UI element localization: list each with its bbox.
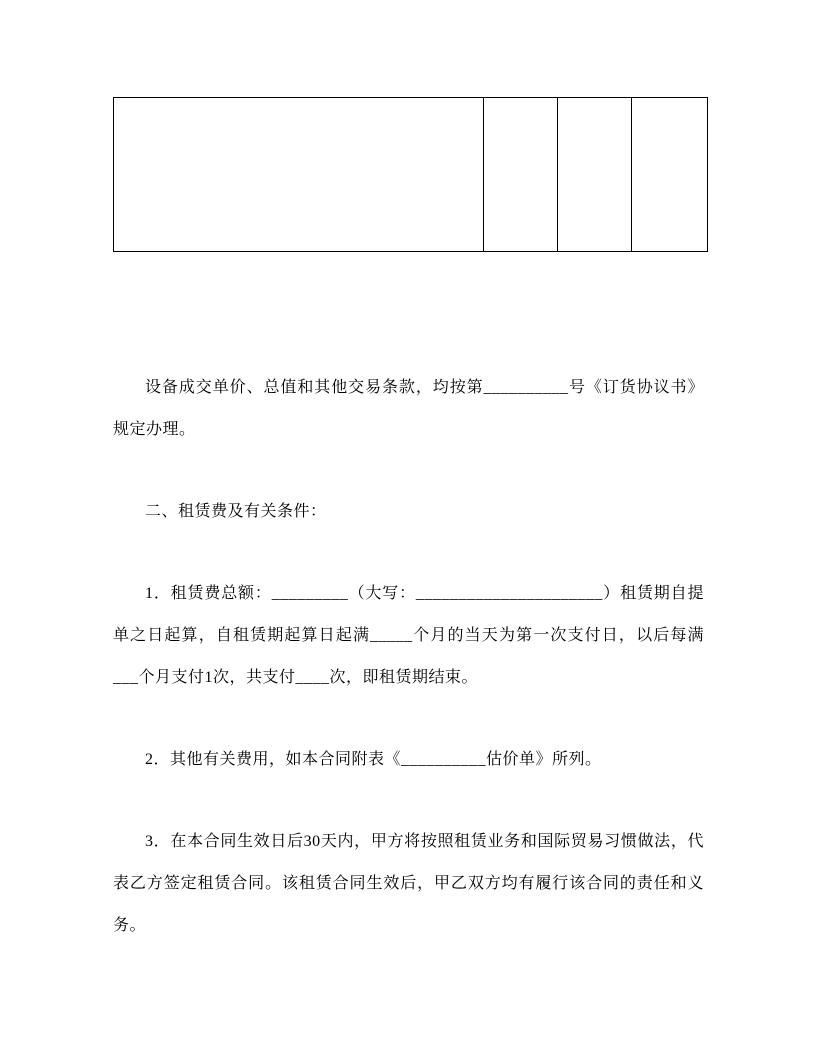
- paragraph-deal-terms: 设备成交单价、总值和其他交易条款，均按第__________号《订货协议书》规定…: [113, 367, 704, 451]
- table-cell-3: [632, 98, 708, 252]
- section-heading: 二、租赁费及有关条件：: [113, 491, 704, 533]
- clause-2-other-fees: 2．其他有关费用，如本合同附表《__________估价单》所列。: [113, 739, 704, 781]
- document-page: 设备成交单价、总值和其他交易条款，均按第__________号《订货协议书》规定…: [0, 0, 816, 1056]
- clause-3-contract-effect: 3．在本合同生效日后30天内，甲方将按照租赁业务和国际贸易习惯做法，代表乙方签定…: [113, 821, 704, 947]
- clause-1-rental-fee: 1．租赁费总额：_________（大写：___________________…: [113, 573, 704, 699]
- document-body: 设备成交单价、总值和其他交易条款，均按第__________号《订货协议书》规定…: [113, 367, 704, 987]
- table-cell-2: [558, 98, 632, 252]
- table-row: [114, 98, 708, 252]
- table-cell-1: [484, 98, 558, 252]
- table-cell-main: [114, 98, 484, 252]
- contract-table: [113, 97, 708, 252]
